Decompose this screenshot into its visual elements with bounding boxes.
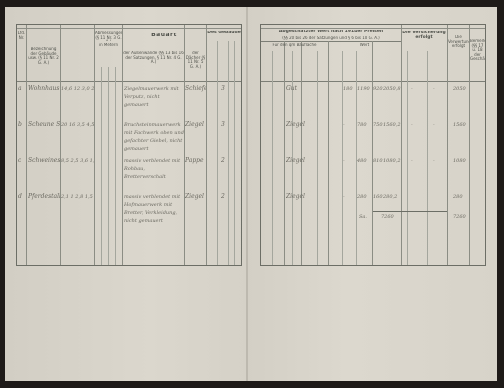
row-d-gesamt: 280,2 bbox=[383, 193, 397, 201]
row-d-nr: d bbox=[18, 193, 22, 201]
row-a-masse: 14,6 12 3,0 2,0 bbox=[61, 85, 94, 93]
header-bemerkungen: Bemerkungen (§§ 17 u. 18 der Geschäftsan… bbox=[470, 39, 485, 75]
row-b-bezeichnung: Scheune Stall bbox=[28, 121, 60, 129]
row-b-summe: 1560 bbox=[453, 121, 466, 129]
row-d-wert2: 280 bbox=[357, 193, 367, 201]
row-c-bezeichnung: Schweinestall bbox=[28, 157, 60, 165]
header-in-metern: in Metern bbox=[95, 43, 122, 48]
row-a-summe: 2050 bbox=[453, 85, 466, 93]
row-d-wert3: 160 bbox=[373, 193, 383, 201]
row-d-wert1: - bbox=[343, 193, 345, 201]
row-b-nr: b bbox=[18, 121, 22, 129]
row-b-v1: - bbox=[411, 121, 413, 129]
row-c-masse: 8,5 2,5 3,6 1,8 bbox=[61, 157, 94, 165]
total-gesamt: 7260 bbox=[381, 213, 394, 221]
row-b-dach: Ziegel bbox=[185, 121, 206, 129]
row-c-klasse: 2 bbox=[221, 157, 225, 165]
row-a-dach: Schiefer bbox=[185, 85, 206, 93]
row-b-wert2: 780 bbox=[357, 121, 367, 129]
row-a-art: Gut bbox=[286, 85, 297, 93]
left-form-table: Lfd. Nr. Bezeichnung der Gebäude usw. (§… bbox=[16, 24, 242, 266]
row-b-wert3: 750 bbox=[373, 121, 383, 129]
header-daecher: der Dächer (§ 11 Nr. 5 G. A.) bbox=[185, 51, 206, 73]
row-c-nr: c bbox=[18, 157, 21, 165]
book-seam bbox=[246, 7, 248, 381]
row-b-masse: 20 16 3,5 4,5 bbox=[61, 121, 94, 129]
row-b-art: Ziegel bbox=[286, 121, 305, 129]
total-label: Sa. bbox=[359, 213, 367, 221]
row-a-bezeichnung: Wohnhaus bbox=[28, 85, 60, 93]
row-c-wert1: - bbox=[343, 157, 345, 165]
header-abgeschaetzter-wert-sub: (§§ 20 bis 26 der Satzungen und § 6 bis … bbox=[261, 36, 401, 41]
total-rule bbox=[373, 211, 447, 212]
header-wert: Wert bbox=[328, 43, 401, 48]
row-d-dach: Ziegel bbox=[185, 193, 206, 201]
row-a-v1: - bbox=[411, 85, 413, 93]
right-form-table: Abgeschätzter Wert nach 1914er Preisen (… bbox=[260, 24, 486, 266]
row-b-klasse: 3 bbox=[221, 121, 225, 129]
header-verwertung: Die Verwertung erfolgt bbox=[448, 35, 469, 75]
header-abmessungen: Abmessungen (§ 11 Nr. 3 G. A.) bbox=[95, 31, 122, 41]
header-nr: Lfd. Nr. bbox=[17, 31, 26, 79]
row-c-v1: - bbox=[411, 157, 413, 165]
row-c-wert3: 810 bbox=[373, 157, 383, 165]
row-b-gesamt: 1560,2 bbox=[383, 121, 401, 129]
row-c-wert2: 480 bbox=[357, 157, 367, 165]
row-d-klasse: 2 bbox=[221, 193, 225, 201]
header-versicherung: Die Versicherung erfolgt bbox=[401, 31, 447, 43]
row-c-dach: Pappe bbox=[185, 157, 206, 165]
row-b-aussen: Bruchsteinmauerwerk mit Fachwerk oben un… bbox=[124, 121, 184, 153]
row-a-nr: a bbox=[18, 85, 22, 93]
header-bauart: Bauart bbox=[122, 33, 206, 41]
row-d-bezeichnung: Pferdestall bbox=[28, 193, 60, 201]
row-b-v2: - bbox=[433, 121, 435, 129]
row-a-gesamt: 2050,8 bbox=[383, 85, 401, 93]
row-c-art: Ziegel bbox=[286, 157, 305, 165]
row-c-summe: 1080 bbox=[453, 157, 466, 165]
row-d-aussen: massiv verblendet mit Hofmauerwerk mit B… bbox=[124, 193, 184, 225]
row-a-wert3: 920 bbox=[373, 85, 383, 93]
row-a-wert1: 180 bbox=[343, 85, 353, 93]
row-d-masse: 2,1 1 2,8 1,5 bbox=[61, 193, 94, 201]
row-d-summe: 280 bbox=[453, 193, 463, 201]
row-a-wert2: 1190 bbox=[357, 85, 370, 93]
row-b-wert1: - bbox=[343, 121, 345, 129]
header-grundwert: Für den qm Baufläche bbox=[261, 43, 328, 48]
row-a-v2: - bbox=[433, 85, 435, 93]
row-a-klasse: 3 bbox=[221, 85, 225, 93]
header-aussenwaende: der Außenwände (§§ 13 bis 16 der Satzung… bbox=[123, 51, 184, 73]
header-bezeichnung: Bezeichnung der Gebäude usw. (§ 11 Nr. 2… bbox=[27, 47, 60, 77]
total-summe: 7260 bbox=[453, 213, 466, 221]
row-c-v2: - bbox=[433, 157, 435, 165]
header-gebaeude: Des Gebäude bbox=[207, 31, 241, 39]
row-c-gesamt: 1080,2 bbox=[383, 157, 401, 165]
row-d-art: Ziegel bbox=[286, 193, 305, 201]
row-c-aussen: massiv verblendet mit Rohbau, Bretterver… bbox=[124, 157, 184, 181]
row-a-aussen: Ziegelmauerwerk mit Verputz, nicht gemau… bbox=[124, 85, 184, 109]
